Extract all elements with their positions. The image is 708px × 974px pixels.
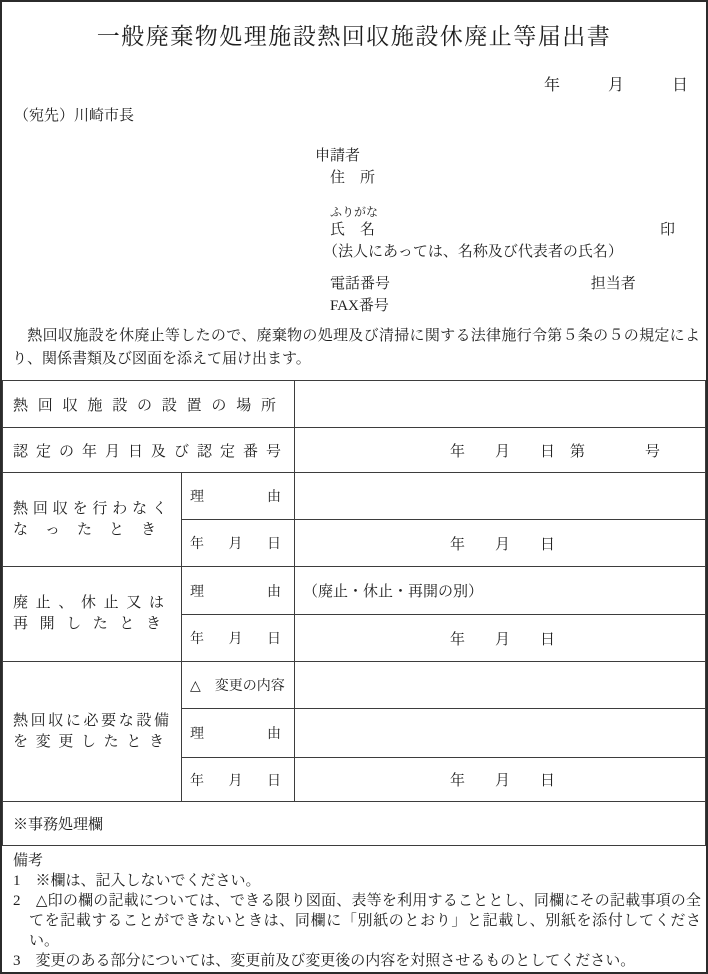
- applicant-block: 申請者 住 所 ふりがな 氏 名 印 （法人にあっては、名称及び代表者の氏名） …: [315, 145, 706, 317]
- remarks-block: 備考 1 ※欄は、記入しないでください。 2 △印の欄の記載については、できる限…: [2, 846, 706, 971]
- suspended-label-line2: 再開したとき: [13, 614, 171, 635]
- addressee-line: （宛先）川崎市長: [2, 104, 706, 125]
- remark-item-2: 2 △印の欄の記載については、できる限り図面、表等を利用することとし、同欄にその…: [13, 891, 701, 951]
- form-page: 一般廃棄物処理施設熱回収施設休廃止等届出書 年 月 日 （宛先）川崎市長 申請者…: [0, 0, 708, 974]
- furigana-label: ふりがな: [315, 205, 706, 219]
- stopped-label-line1: 熱回収を行わなく: [13, 499, 171, 520]
- changed-date-cell[interactable]: 年 月 日: [295, 758, 706, 802]
- stopped-section-label: 熱回収を行わなく なったとき: [3, 473, 182, 567]
- certification-label: 認定の年月日及び認定番号: [3, 428, 295, 473]
- form-table: 熱回収施設の設置の場所 認定の年月日及び認定番号 年 月 日 第 号 熱回収を行…: [2, 380, 706, 846]
- phone-line: 電話番号 担当者: [315, 273, 706, 295]
- corporate-note: （法人にあっては、名称及び代表者の氏名）: [315, 241, 706, 263]
- changed-label-line2: を変更したとき: [13, 732, 171, 753]
- stopped-reason-cell[interactable]: [295, 473, 706, 520]
- change-content-label: △ 変更の内容: [182, 662, 295, 709]
- contact-person-label: 担当者: [591, 276, 636, 292]
- fax-label: FAX番号: [315, 295, 706, 317]
- declaration-paragraph: 熱回収施設を休廃止等したので、廃棄物の処理及び清掃に関する法律施行令第５条の５の…: [2, 325, 706, 371]
- stopped-reason-label: 理 由: [182, 473, 295, 520]
- name-line: 氏 名 印: [315, 219, 675, 241]
- change-content-cell[interactable]: [295, 662, 706, 709]
- phone-label: 電話番号: [330, 273, 587, 295]
- applicant-heading: 申請者: [315, 145, 706, 167]
- changed-reason-label: 理 由: [182, 709, 295, 758]
- changed-date-label: 年 月 日: [182, 758, 295, 802]
- admin-use-row: ※事務処理欄: [3, 802, 706, 846]
- stopped-date-label: 年 月 日: [182, 520, 295, 567]
- location-input-cell[interactable]: [295, 381, 706, 428]
- changed-label-line1: 熱回収に必要な設備: [13, 711, 171, 732]
- suspended-reason-cell[interactable]: （廃止・休止・再開の別）: [295, 567, 706, 615]
- stopped-date-cell[interactable]: 年 月 日: [295, 520, 706, 567]
- certification-date-cell[interactable]: 年 月 日 第 号: [295, 428, 706, 473]
- remarks-heading: 備考: [13, 851, 701, 871]
- submission-date-line: 年 月 日: [2, 72, 706, 95]
- suspended-date-label: 年 月 日: [182, 615, 295, 662]
- remark-item-3: 3 変更のある部分については、変更前及び変更後の内容を対照させるものとしてくださ…: [13, 951, 701, 971]
- remark-item-1: 1 ※欄は、記入しないでください。: [13, 871, 701, 891]
- suspended-reason-label: 理 由: [182, 567, 295, 615]
- suspended-label-line1: 廃止、休止又は: [13, 593, 171, 614]
- suspended-date-cell[interactable]: 年 月 日: [295, 615, 706, 662]
- changed-section-label: 熱回収に必要な設備 を変更したとき: [3, 662, 182, 802]
- changed-reason-cell[interactable]: [295, 709, 706, 758]
- form-title: 一般廃棄物処理施設熱回収施設休廃止等届出書: [2, 18, 706, 51]
- address-label: 住 所: [315, 167, 706, 189]
- stopped-label-line2: なったとき: [13, 520, 171, 541]
- seal-label: 印: [660, 219, 675, 241]
- location-label: 熱回収施設の設置の場所: [3, 381, 295, 428]
- suspended-section-label: 廃止、休止又は 再開したとき: [3, 567, 182, 662]
- name-label: 氏 名: [330, 219, 375, 241]
